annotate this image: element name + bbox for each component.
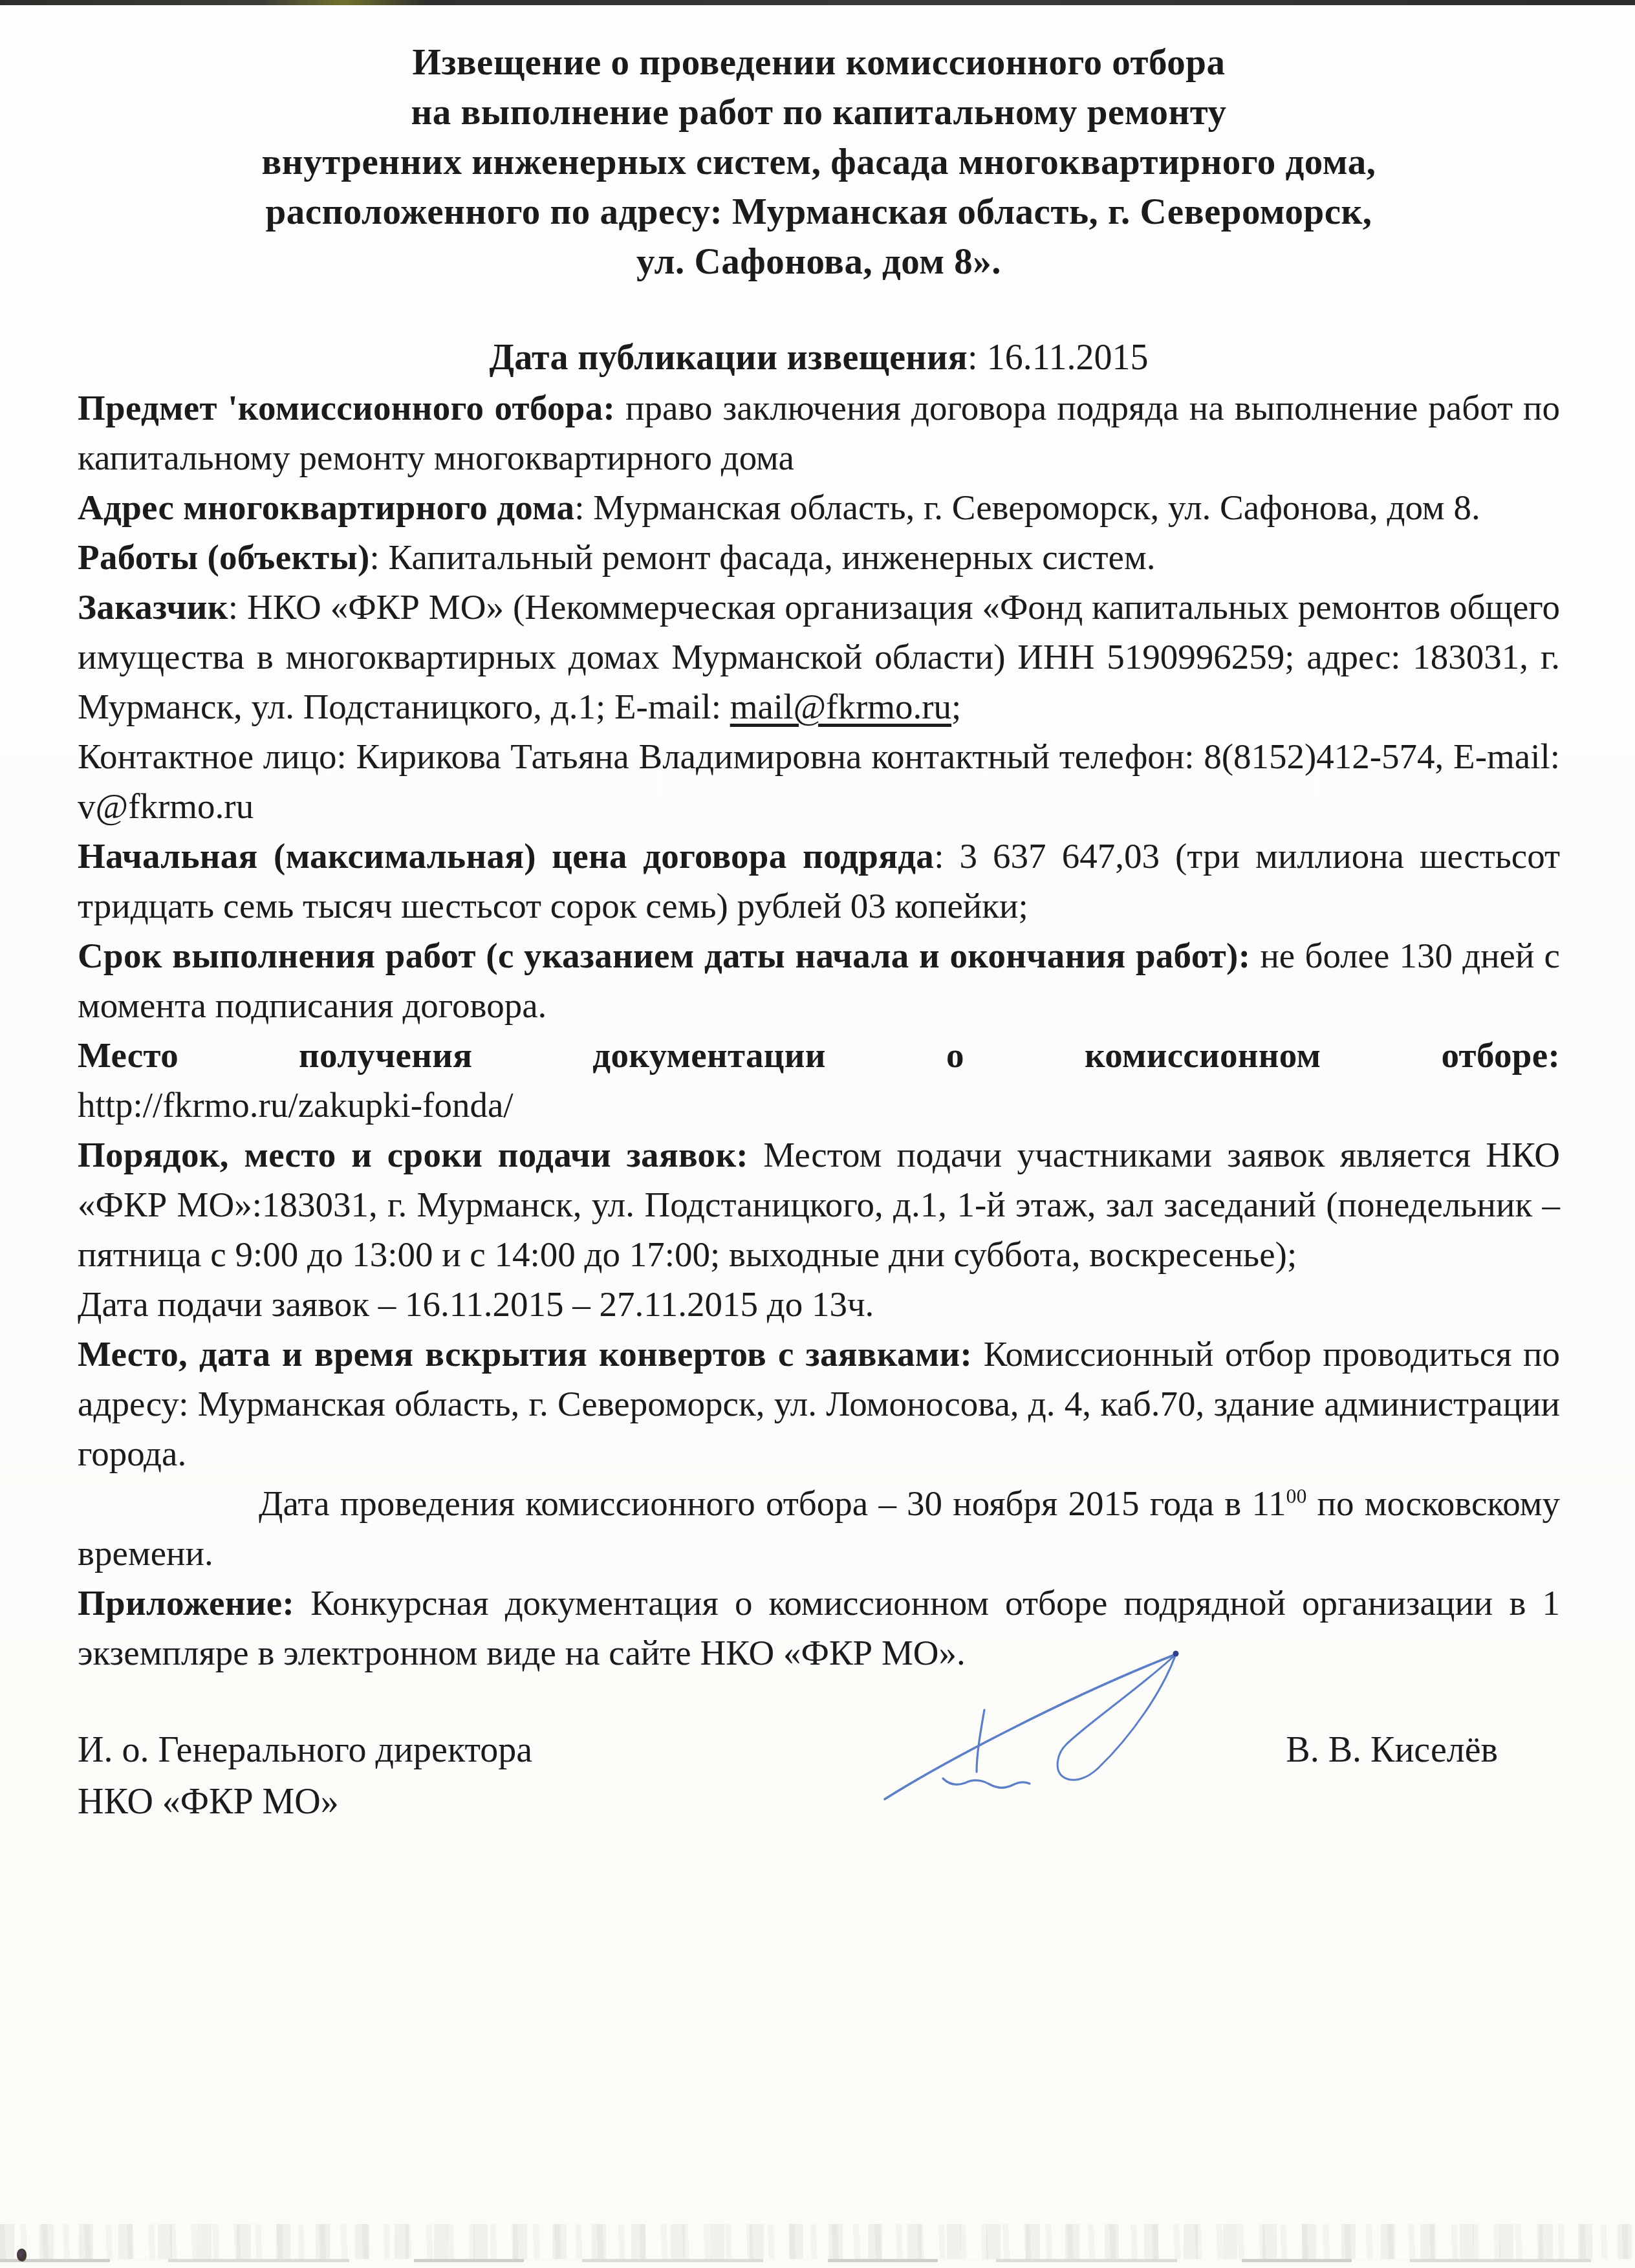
attachment-label: Приложение: <box>78 1583 294 1623</box>
paragraph-documentation-place: Место получения документации о комиссион… <box>78 1030 1560 1130</box>
scanner-bottom-noise <box>0 2224 1635 2259</box>
contact-text: Контактное лицо: Кирикова Татьяна Владим… <box>78 737 1560 826</box>
paragraph-submission-dates: Дата подачи заявок – 16.11.2015 – 27.11.… <box>78 1279 1560 1329</box>
title-line: ул. Сафонова, дом 8». <box>78 237 1560 286</box>
paragraph-subject: Предмет 'комиссионного отбора: право зак… <box>78 383 1560 482</box>
signer-organization: НКО «ФКР МО» <box>78 1776 532 1828</box>
paragraph-contact-person: Контактное лицо: Кирикова Татьяна Владим… <box>78 731 1560 831</box>
signer-position: И. о. Генерального директора НКО «ФКР МО… <box>78 1724 532 1828</box>
publication-date-value: : 16.11.2015 <box>968 338 1148 378</box>
paragraph-attachment: Приложение: Конкурсная документация о ко… <box>78 1578 1560 1678</box>
selection-date-text: Дата проведения комиссионного отбора – 3… <box>259 1484 1286 1523</box>
scanner-ink-speck <box>17 2249 27 2262</box>
works-label: Работы (объекты) <box>78 537 370 577</box>
signer-position-line: И. о. Генерального директора <box>78 1724 532 1776</box>
paragraph-work-term: Срок выполнения работ (с указанием даты … <box>78 931 1560 1030</box>
price-label: Начальная (максимальная) цена договора п… <box>78 836 934 876</box>
selection-time-superscript: 00 <box>1286 1485 1307 1507</box>
paragraph-selection-date: Дата проведения комиссионного отбора – 3… <box>78 1478 1560 1578</box>
title-line: Извещение о проведении комиссионного отб… <box>78 38 1560 87</box>
publication-date-label: Дата публикации извещения <box>489 338 968 378</box>
publication-date-line: Дата публикации извещения: 16.11.2015 <box>78 333 1560 383</box>
customer-email: mail@fkrmo.ru <box>730 687 951 726</box>
attachment-text: Конкурсная документация о комиссионном о… <box>78 1583 1560 1672</box>
paragraph-customer: Заказчик: НКО «ФКР МО» (Некоммерческая о… <box>78 582 1560 731</box>
title-line: внутренних инженерных систем, фасада мно… <box>78 137 1560 187</box>
works-text: : Капитальный ремонт фасада, инженерных … <box>370 537 1156 577</box>
paragraph-envelope-opening: Место, дата и время вскрытия конвертов с… <box>78 1329 1560 1478</box>
document-content: Извещение о проведении комиссионного отб… <box>78 38 1560 1678</box>
title-line: на выполнение работ по капитальному ремо… <box>78 87 1560 137</box>
paragraph-works: Работы (объекты): Капитальный ремонт фас… <box>78 532 1560 582</box>
signature-block: И. о. Генерального директора НКО «ФКР МО… <box>78 1724 1560 1828</box>
submission-label: Порядок, место и сроки подачи заявок: <box>78 1135 748 1174</box>
term-label: Срок выполнения работ (с указанием даты … <box>78 936 1250 975</box>
document-title: Извещение о проведении комиссионного отб… <box>78 38 1560 286</box>
documentation-url: http://fkrmo.ru/zakupki-fonda/ <box>78 1085 514 1125</box>
scanned-document-page: Извещение о проведении комиссионного отб… <box>0 0 1635 2268</box>
signer-name: В. В. Киселёв <box>1286 1724 1498 1776</box>
address-label: Адрес многоквартирного дома <box>78 488 574 527</box>
paragraph-submission-order: Порядок, место и сроки подачи заявок: Ме… <box>78 1130 1560 1279</box>
document-body: Предмет 'комиссионного отбора: право зак… <box>78 383 1560 1678</box>
paragraph-building-address: Адрес многоквартирного дома: Мурманская … <box>78 482 1560 532</box>
title-line: расположенного по адресу: Мурманская обл… <box>78 187 1560 237</box>
paragraph-contract-price: Начальная (максимальная) цена договора п… <box>78 831 1560 931</box>
opening-label: Место, дата и время вскрытия конвертов с… <box>78 1334 972 1374</box>
customer-label: Заказчик <box>78 587 228 627</box>
documentation-place-label: Место получения документации о комиссион… <box>78 1030 1560 1080</box>
submission-dates-text: Дата подачи заявок – 16.11.2015 – 27.11.… <box>78 1284 874 1324</box>
scanner-top-edge-artifact <box>0 0 1635 5</box>
customer-text-tail: ; <box>951 687 961 726</box>
subject-label: Предмет 'комиссионного отбора: <box>78 388 615 427</box>
address-text: : Мурманская область, г. Североморск, ул… <box>574 488 1480 527</box>
scanner-bottom-edge-artifact <box>0 2259 1635 2262</box>
